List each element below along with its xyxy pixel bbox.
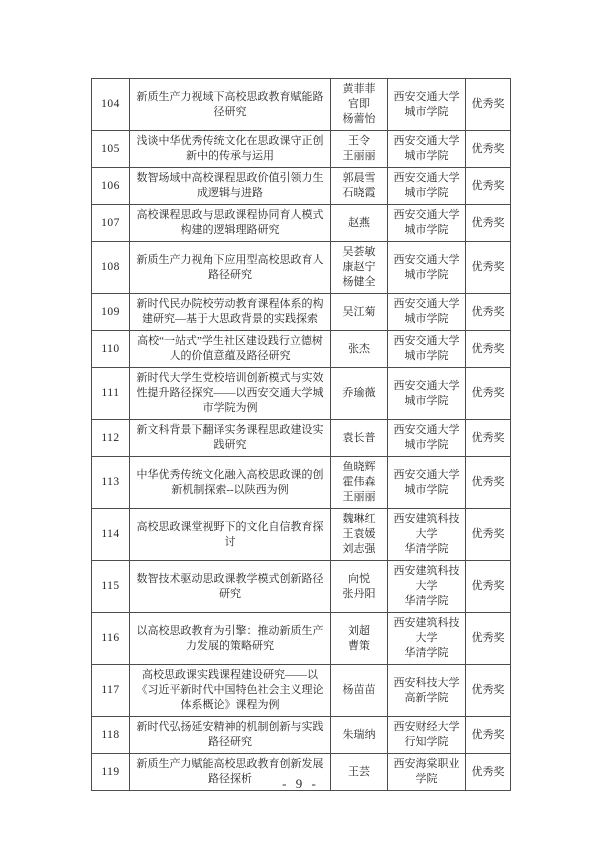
member-names-cell: 刘超 曹策 [331,613,388,665]
member-names-cell: 杨苗苗 [331,665,388,717]
page-number: - 9 - [91,776,510,792]
scanned-page: 104新质生产力视域下高校思政教育赋能路径研究黄菲菲 官即 杨薷怡西安交通大学 … [0,0,591,841]
member-names-cell: 吴荟敏 康赵宁 杨健全 [331,242,388,294]
project-title-cell: 新质生产力视域下高校思政教育赋能路径研究 [130,79,331,131]
project-title-cell: 以高校思政教育为引擎：推动新质生产力发展的策略研究 [130,613,331,665]
table-row: 117高校思政课实践课程建设研究——以《习近平新时代中国特色社会主义理论体系概论… [92,665,511,717]
institution-cell: 西安交通大学 城市学院 [388,331,466,368]
award-level-cell: 优秀奖 [466,331,511,368]
table-row: 111新时代大学生党校培训创新模式与实效性提升路径探究——以西安交通大学城市学院… [92,368,511,420]
award-level-cell: 优秀奖 [466,457,511,509]
row-number-cell: 108 [92,242,130,294]
institution-cell: 西安交通大学 城市学院 [388,79,466,131]
award-level-cell: 优秀奖 [466,242,511,294]
institution-cell: 西安交通大学 城市学院 [388,131,466,168]
row-number-cell: 114 [92,509,130,561]
project-title-cell: 新时代民办院校劳动教育课程体系的构建研究—基于大思政背景的实践探索 [130,294,331,331]
member-names-cell: 朱瑞纳 [331,717,388,754]
row-number-cell: 111 [92,368,130,420]
award-level-cell: 优秀奖 [466,368,511,420]
project-title-cell: 高校课程思政与思政课程协同育人模式构建的逻辑理路研究 [130,205,331,242]
award-level-cell: 优秀奖 [466,294,511,331]
institution-cell: 西安科技大学 高新学院 [388,665,466,717]
institution-cell: 西安建筑科技 大学 华清学院 [388,561,466,613]
institution-cell: 西安建筑科技 大学 华清学院 [388,613,466,665]
project-title-cell: 新时代弘扬延安精神的机制创新与实践路径研究 [130,717,331,754]
project-title-cell: 新时代大学生党校培训创新模式与实效性提升路径探究——以西安交通大学城市学院为例 [130,368,331,420]
award-level-cell: 优秀奖 [466,665,511,717]
member-names-cell: 郭晨雪 石晓霞 [331,168,388,205]
project-title-cell: 数智技术驱动思政课教学模式创新路径研究 [130,561,331,613]
institution-cell: 西安财经大学 行知学院 [388,717,466,754]
table-row: 109新时代民办院校劳动教育课程体系的构建研究—基于大思政背景的实践探索吴江菊西… [92,294,511,331]
award-level-cell: 优秀奖 [466,717,511,754]
table-row: 116以高校思政教育为引擎：推动新质生产力发展的策略研究刘超 曹策西安建筑科技 … [92,613,511,665]
row-number-cell: 116 [92,613,130,665]
table-row: 106数智场域中高校课程思政价值引领力生成逻辑与进路郭晨雪 石晓霞西安交通大学 … [92,168,511,205]
table-row: 107高校课程思政与思政课程协同育人模式构建的逻辑理路研究赵燕西安交通大学 城市… [92,205,511,242]
awards-table: 104新质生产力视域下高校思政教育赋能路径研究黄菲菲 官即 杨薷怡西安交通大学 … [91,78,511,791]
institution-cell: 西安交通大学 城市学院 [388,205,466,242]
institution-cell: 西安交通大学 城市学院 [388,294,466,331]
row-number-cell: 118 [92,717,130,754]
institution-cell: 西安建筑科技 大学 华清学院 [388,509,466,561]
project-title-cell: 数智场域中高校课程思政价值引领力生成逻辑与进路 [130,168,331,205]
table-row: 105浅谈中华优秀传统文化在思政课守正创新中的传承与运用王令 王丽丽西安交通大学… [92,131,511,168]
table-row: 108新质生产力视角下应用型高校思政育人路径研究吴荟敏 康赵宁 杨健全西安交通大… [92,242,511,294]
project-title-cell: 新文科背景下翻译实务课程思政建设实践研究 [130,420,331,457]
institution-cell: 西安交通大学 城市学院 [388,420,466,457]
institution-cell: 西安交通大学 城市学院 [388,168,466,205]
project-title-cell: 高校思政课堂视野下的文化自信教育探讨 [130,509,331,561]
award-level-cell: 优秀奖 [466,168,511,205]
member-names-cell: 乔瑜薇 [331,368,388,420]
table-row: 113中华优秀传统文化融入高校思政课的创新机制探索--以陕西为例鱼晓辉 霍伟森 … [92,457,511,509]
row-number-cell: 107 [92,205,130,242]
member-names-cell: 鱼晓辉 霍伟森 王丽丽 [331,457,388,509]
row-number-cell: 109 [92,294,130,331]
award-level-cell: 优秀奖 [466,613,511,665]
member-names-cell: 向悦 张丹阳 [331,561,388,613]
project-title-cell: 高校思政课实践课程建设研究——以《习近平新时代中国特色社会主义理论体系概论》课程… [130,665,331,717]
table-row: 112新文科背景下翻译实务课程思政建设实践研究袁长普西安交通大学 城市学院优秀奖 [92,420,511,457]
row-number-cell: 105 [92,131,130,168]
project-title-cell: 高校“一站式”学生社区建设践行立德树人的价值意蕴及路径研究 [130,331,331,368]
table-row: 104新质生产力视域下高校思政教育赋能路径研究黄菲菲 官即 杨薷怡西安交通大学 … [92,79,511,131]
project-title-cell: 中华优秀传统文化融入高校思政课的创新机制探索--以陕西为例 [130,457,331,509]
awards-table-body: 104新质生产力视域下高校思政教育赋能路径研究黄菲菲 官即 杨薷怡西安交通大学 … [92,79,511,791]
award-level-cell: 优秀奖 [466,420,511,457]
row-number-cell: 110 [92,331,130,368]
table-row: 115数智技术驱动思政课教学模式创新路径研究向悦 张丹阳西安建筑科技 大学 华清… [92,561,511,613]
award-level-cell: 优秀奖 [466,79,511,131]
project-title-cell: 浅谈中华优秀传统文化在思政课守正创新中的传承与运用 [130,131,331,168]
project-title-cell: 新质生产力视角下应用型高校思政育人路径研究 [130,242,331,294]
row-number-cell: 115 [92,561,130,613]
table-row: 110高校“一站式”学生社区建设践行立德树人的价值意蕴及路径研究张杰西安交通大学… [92,331,511,368]
row-number-cell: 117 [92,665,130,717]
member-names-cell: 袁长普 [331,420,388,457]
award-level-cell: 优秀奖 [466,561,511,613]
table-row: 114高校思政课堂视野下的文化自信教育探讨魏琳红 王袁媛 刘志强西安建筑科技 大… [92,509,511,561]
institution-cell: 西安交通大学 城市学院 [388,242,466,294]
row-number-cell: 112 [92,420,130,457]
institution-cell: 西安交通大学 城市学院 [388,368,466,420]
member-names-cell: 王令 王丽丽 [331,131,388,168]
row-number-cell: 104 [92,79,130,131]
member-names-cell: 赵燕 [331,205,388,242]
member-names-cell: 吴江菊 [331,294,388,331]
award-level-cell: 优秀奖 [466,205,511,242]
award-level-cell: 优秀奖 [466,509,511,561]
award-level-cell: 优秀奖 [466,131,511,168]
table-row: 118新时代弘扬延安精神的机制创新与实践路径研究朱瑞纳西安财经大学 行知学院优秀… [92,717,511,754]
row-number-cell: 113 [92,457,130,509]
member-names-cell: 黄菲菲 官即 杨薷怡 [331,79,388,131]
member-names-cell: 张杰 [331,331,388,368]
row-number-cell: 106 [92,168,130,205]
member-names-cell: 魏琳红 王袁媛 刘志强 [331,509,388,561]
institution-cell: 西安交通大学 城市学院 [388,457,466,509]
